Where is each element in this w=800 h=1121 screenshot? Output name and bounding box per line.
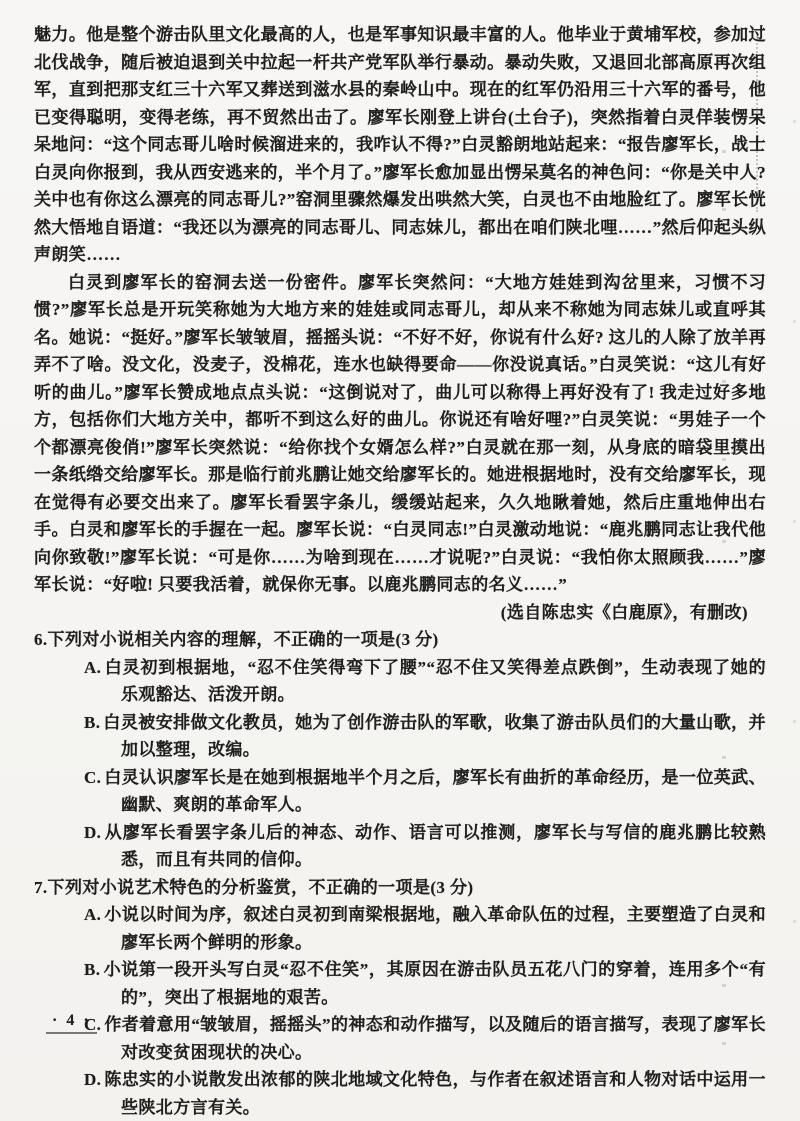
option-a-label: A.: [84, 905, 101, 924]
question-6-option-a: A.白灵初到根据地，“忍不住笑得弯下了腰”“忍不住又笑得差点跌倒”，生动表现了她…: [84, 654, 766, 709]
question-6-option-b: B.白灵被安排做文化教员，她为了创作游击队的军歌，收集了游击队员们的大量山歌，并…: [84, 709, 766, 764]
question-7-stem: 7.下列对小说艺术特色的分析鉴赏，不正确的一项是(3 分): [34, 874, 766, 902]
option-b-label: B.: [84, 713, 100, 732]
option-a-text: 小说以时间为序，叙述白灵初到南梁根据地，融入革命队伍的过程，主要塑造了白灵和廖军…: [104, 905, 766, 952]
option-d-text: 从廖军长看罢字条儿后的神态、动作、语言可以推测，廖军长与写信的鹿兆鹏比较熟悉，而…: [104, 823, 766, 870]
option-b-label: B.: [84, 960, 100, 979]
option-c-label: C.: [84, 768, 101, 787]
question-6-stem: 6.下列对小说相关内容的理解，不正确的一项是(3 分): [34, 626, 766, 654]
option-a-text: 白灵初到根据地，“忍不住笑得弯下了腰”“忍不住又笑得差点跌倒”，生动表现了她的乐…: [104, 658, 766, 705]
option-c-text: 白灵认识廖军长是在她到根据地半个月之后，廖军长有曲折的革命经历，是一位英武、幽默…: [104, 768, 766, 815]
option-b-text: 小说第一段开头写白灵“忍不住笑”，其原因在游击队员五花八门的穿着，连用多个“有的…: [103, 960, 766, 1007]
footer-right-dot: ·: [83, 1012, 90, 1029]
question-7-option-b: B.小说第一段开头写白灵“忍不住笑”，其原因在游击队员五花八门的穿着，连用多个“…: [84, 956, 766, 1011]
page-content: 魅力。他是整个游击队里文化最高的人，也是军事知识最丰富的人。他毕业于黄埔军校，参…: [34, 21, 766, 1121]
question-6: 6.下列对小说相关内容的理解，不正确的一项是(3 分) A.白灵初到根据地，“忍…: [34, 626, 766, 874]
question-6-option-c: C.白灵认识廖军长是在她到根据地半个月之后，廖军长有曲折的革命经历，是一位英武、…: [84, 764, 766, 819]
option-d-text: 陈忠实的小说散发出浓郁的陕北地域文化特色，与作者在叙述语言和人物对话中运用一些陕…: [104, 1070, 766, 1117]
question-7-option-c: C.作者着意用“皱皱眉，摇摇头”的神态和动作描写，以及随后的语言描写，表现了廖军…: [84, 1011, 766, 1066]
exam-page: 魅力。他是整个游击队里文化最高的人，也是军事知识最丰富的人。他毕业于黄埔军校，参…: [0, 0, 800, 1121]
question-6-option-d: D.从廖军长看罢字条儿后的神态、动作、语言可以推测，廖军长与写信的鹿兆鹏比较熟悉…: [84, 819, 766, 874]
option-a-label: A.: [84, 658, 101, 677]
question-7-option-a: A.小说以时间为序，叙述白灵初到南梁根据地，融入革命队伍的过程，主要塑造了白灵和…: [84, 901, 766, 956]
page-footer: ·4·: [46, 1012, 97, 1034]
option-c-text: 作者着意用“皱皱眉，摇摇头”的神态和动作描写，以及随后的语言描写，表现了廖军长对…: [104, 1015, 766, 1062]
passage-citation: (选自陈忠实《白鹿原》，有删改): [34, 599, 766, 627]
question-7: 7.下列对小说艺术特色的分析鉴赏，不正确的一项是(3 分) A.小说以时间为序，…: [34, 874, 766, 1121]
option-b-text: 白灵被安排做文化教员，她为了创作游击队的军歌，收集了游击队员们的大量山歌，并加以…: [103, 713, 766, 760]
passage-paragraph-1: 魅力。他是整个游击队里文化最高的人，也是军事知识最丰富的人。他毕业于黄埔军校，参…: [34, 21, 766, 269]
option-d-label: D.: [84, 823, 101, 842]
passage-paragraph-2: 白灵到廖军长的窑洞去送一份密件。廖军长突然问：“大地方娃娃到沟岔里来，习惯不习惯…: [34, 269, 766, 599]
question-7-option-d: D.陈忠实的小说散发出浓郁的陕北地域文化特色，与作者在叙述语言和人物对话中运用一…: [84, 1066, 766, 1121]
page-number: 4: [66, 1012, 76, 1029]
option-d-label: D.: [84, 1070, 101, 1089]
footer-left-dot: ·: [52, 1012, 59, 1029]
